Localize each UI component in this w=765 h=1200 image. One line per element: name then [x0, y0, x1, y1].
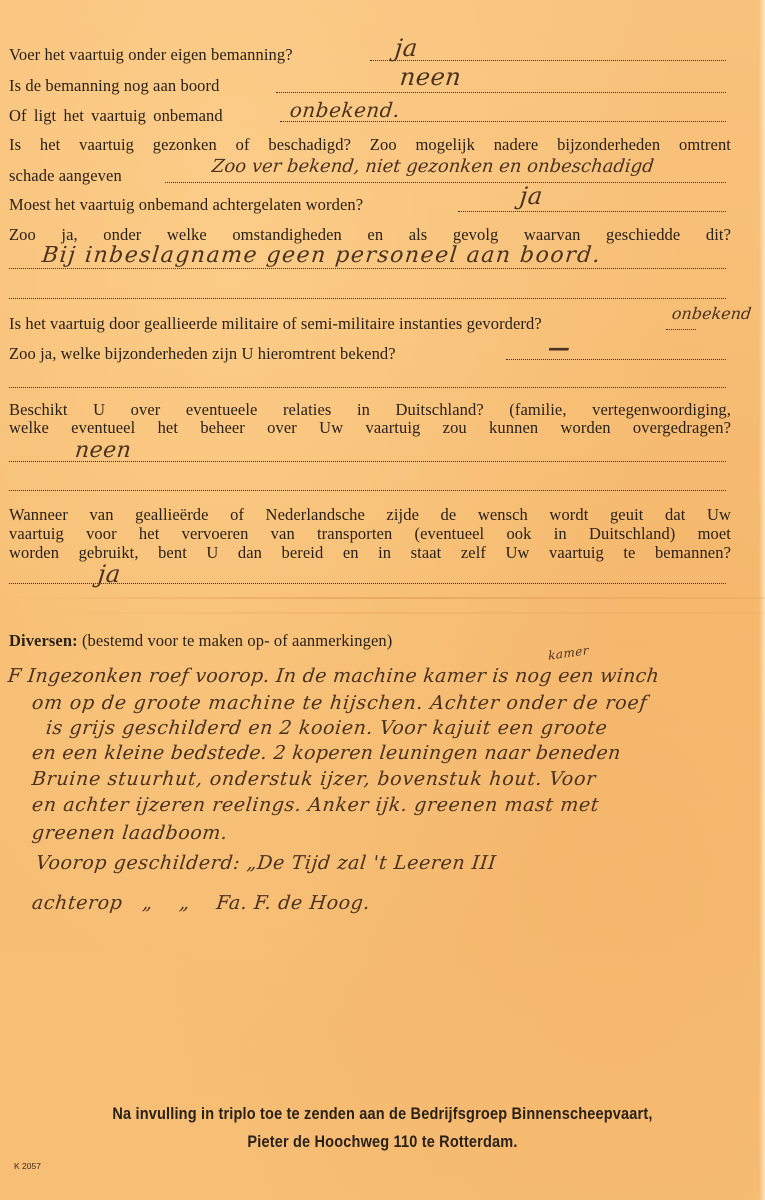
handwritten-note-line: om op de groote machine te hijschen. Ach… [31, 692, 649, 714]
question-label: Is het vaartuig gezonken of beschadigd? … [9, 135, 731, 154]
question-label: welke eventueel het beheer over Uw vaart… [9, 418, 731, 437]
handwritten-answer: neen [399, 63, 463, 91]
handwritten-note-line: Voorop geschilderd: „De Tijd zal 't Leer… [35, 852, 498, 874]
answer-line [165, 182, 726, 183]
question-label: Zoo ja, welke bijzonderheden zijn U hier… [9, 344, 396, 363]
question-label-continued: schade aangeven [9, 166, 122, 185]
answer-line [458, 211, 726, 212]
question-label: Voer het vaartuig onder eigen bemanning? [9, 45, 293, 64]
handwritten-answer: ja [519, 182, 545, 210]
handwritten-answer: ja [394, 34, 420, 62]
handwritten-answer: — [547, 335, 572, 361]
form-code: K 2057 [14, 1161, 41, 1171]
handwritten-answer: Bij inbeslagname geen personeel aan boor… [41, 243, 603, 268]
question-label: Of ligt het vaartuig onbemand [9, 106, 223, 125]
answer-line [370, 60, 726, 61]
handwritten-note-line: is grijs geschilderd en 2 kooien. Voor k… [45, 717, 609, 739]
paper-fold [0, 612, 765, 614]
question-label: vaartuig voor het vervoeren van transpor… [9, 524, 731, 543]
question-label: Beschikt U over eventueele relaties in D… [9, 400, 731, 419]
paper-fold [0, 597, 765, 599]
answer-line [276, 92, 726, 93]
question-label: Is de bemanning nog aan boord [9, 76, 219, 95]
handwritten-note-line: greenen laadboom. [31, 822, 229, 844]
answer-line [9, 387, 726, 388]
footer-instruction: Na invulling in triplo toe te zenden aan… [46, 1105, 719, 1124]
handwritten-answer: onbekend [671, 304, 752, 323]
answer-line [506, 359, 726, 360]
footer-address: Pieter de Hoochweg 110 te Rotterdam. [46, 1133, 719, 1152]
handwritten-answer: ja [97, 560, 123, 588]
diversen-label: Diversen: [9, 631, 78, 650]
handwritten-insertion: kamer [548, 643, 589, 663]
handwritten-note-line: F Ingezonken roef voorop. In de machine … [7, 665, 660, 687]
handwritten-note-line: Bruine stuurhut, onderstuk ijzer, bovens… [31, 768, 597, 790]
diversen-note: (bestemd voor te maken op- of aanmerking… [82, 631, 392, 650]
paper-edge [759, 0, 765, 1200]
form-page: Voer het vaartuig onder eigen bemanning?… [0, 0, 765, 1200]
question-label: Wanneer van geallieërde of Nederlandsche… [9, 505, 731, 524]
handwritten-note-line: achterop „ „ Fa. F. de Hoog. [31, 892, 372, 914]
answer-line [666, 329, 696, 330]
question-label: Zoo ja, onder welke omstandigheden en al… [9, 225, 731, 244]
answer-line [9, 268, 726, 269]
handwritten-note-line: en een kleine bedstede. 2 koperen leunin… [31, 742, 622, 764]
handwritten-answer: neen [74, 438, 133, 463]
handwritten-note-line: en achter ijzeren reelings. Anker ijk. g… [31, 794, 600, 816]
diversen-heading: Diversen: (bestemd voor te maken op- of … [9, 631, 392, 650]
answer-line [9, 298, 726, 299]
question-label: Is het vaartuig door geallieerde militai… [9, 314, 542, 333]
handwritten-answer: onbekend. [289, 98, 402, 122]
question-label: Moest het vaartuig onbemand achtergelate… [9, 195, 363, 214]
handwritten-answer: Zoo ver bekend, niet gezonken en onbesch… [211, 156, 655, 177]
answer-line [9, 490, 726, 491]
